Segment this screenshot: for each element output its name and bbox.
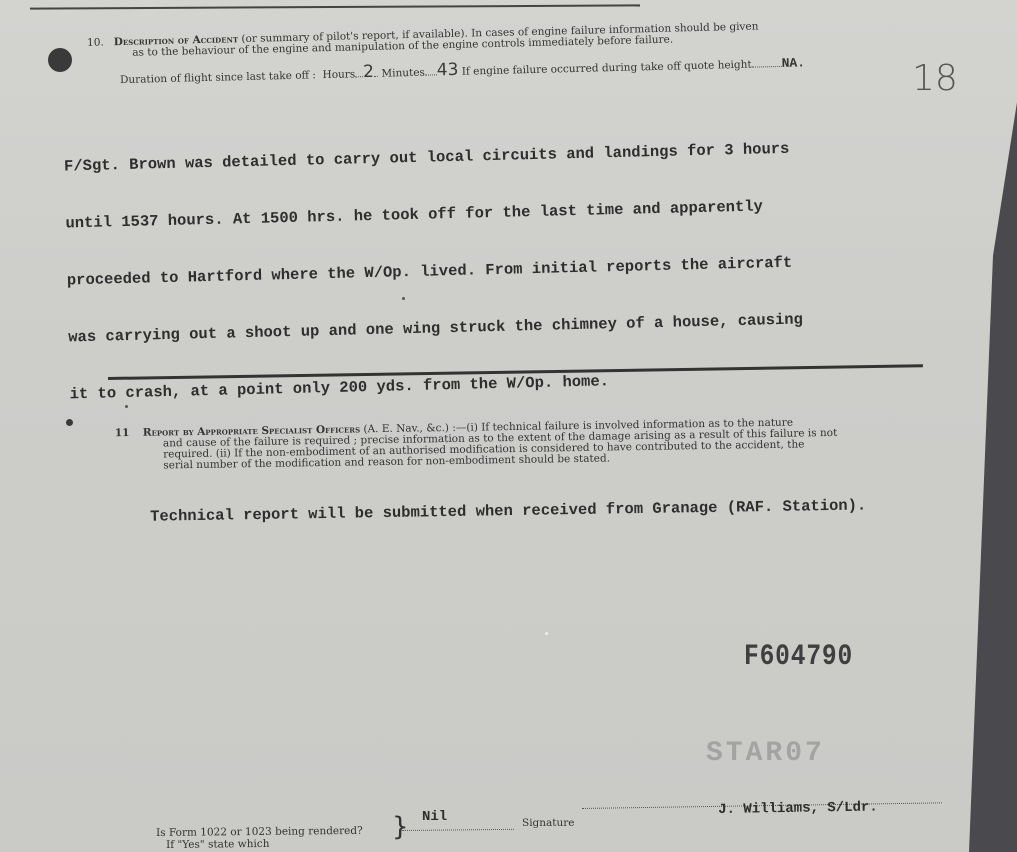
speck: [125, 405, 128, 408]
form-question-line-2: If "Yes" state which: [166, 839, 270, 851]
faint-stamp: STAR07: [706, 738, 825, 769]
document-page: 10. Description of Accident (or summary …: [0, 0, 1017, 852]
signature-label: Signature: [522, 818, 575, 829]
speck: [402, 297, 405, 300]
section-11-number: 11: [115, 427, 130, 439]
technical-report-text: Technical report will be submitted when …: [150, 496, 866, 526]
serial-stamp: F604790: [744, 640, 853, 674]
form-answer: Nil: [422, 808, 447, 827]
brace-icon: }: [392, 812, 409, 842]
section-11: 11 Report by Appropriate Specialist Offi…: [0, 0, 1017, 852]
signature-value: J. Williams, S/Ldr.: [718, 798, 878, 820]
speck: [545, 632, 548, 635]
